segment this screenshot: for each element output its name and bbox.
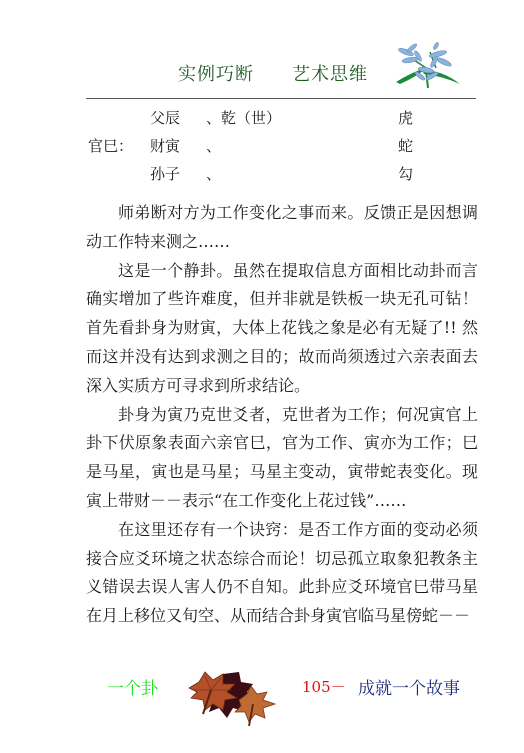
blue-flower-icon — [392, 42, 464, 90]
paragraph: 师弟断对方为工作变化之事而来。反馈正是因想调动工作特来测之…… — [86, 199, 478, 257]
footer-slogan-left: 一个卦 — [107, 674, 158, 699]
header-divider — [86, 98, 476, 99]
page-footer: 一个卦 105－ 成就一个故事 — [0, 668, 524, 748]
header-title-left: 实例巧断 — [178, 60, 254, 86]
hexagram-line: 父辰 、乾（世） 虎 — [86, 104, 476, 132]
header-title-right: 艺术思维 — [292, 60, 368, 86]
body-text: 师弟断对方为工作变化之事而来。反馈正是因想调动工作特来测之…… 这是一个静卦。虽… — [86, 199, 478, 631]
line-note: 、 — [206, 132, 221, 160]
line-note: 、乾（世） — [206, 104, 281, 132]
six-beast: 虎 — [398, 104, 413, 132]
hexagram-line: 孙子 、 勾 — [86, 160, 476, 188]
paragraph: 这是一个静卦。虽然在提取信息方面相比动卦而言确实增加了些许难度，但并非就是铁板一… — [86, 257, 478, 401]
six-relation: 孙子 — [150, 160, 180, 188]
hidden-spirit: 官巳： — [88, 132, 133, 160]
paragraph: 在这里还存有一个诀窍：是否工作方面的变动必须接合应爻环境之状态综合而论！切忌孤立… — [86, 516, 478, 631]
six-beast: 蛇 — [398, 132, 413, 160]
hexagram-line: 官巳： 财寅 、 蛇 — [86, 132, 476, 160]
six-relation: 财寅 — [150, 132, 180, 160]
paragraph: 卦身为寅乃克世爻者，克世者为工作；何况寅官上卦下伏原象表面六亲官巳，官为工作、寅… — [86, 401, 478, 516]
footer-slogan-right: 成就一个故事 — [358, 674, 460, 699]
six-beast: 勾 — [398, 160, 413, 188]
page-number: 105－ — [302, 676, 346, 697]
six-relation: 父辰 — [150, 104, 180, 132]
maple-leaves-icon — [183, 668, 283, 728]
line-note: 、 — [206, 160, 221, 188]
hexagram-table: 父辰 、乾（世） 虎 官巳： 财寅 、 蛇 孙子 、 勾 — [86, 104, 476, 188]
